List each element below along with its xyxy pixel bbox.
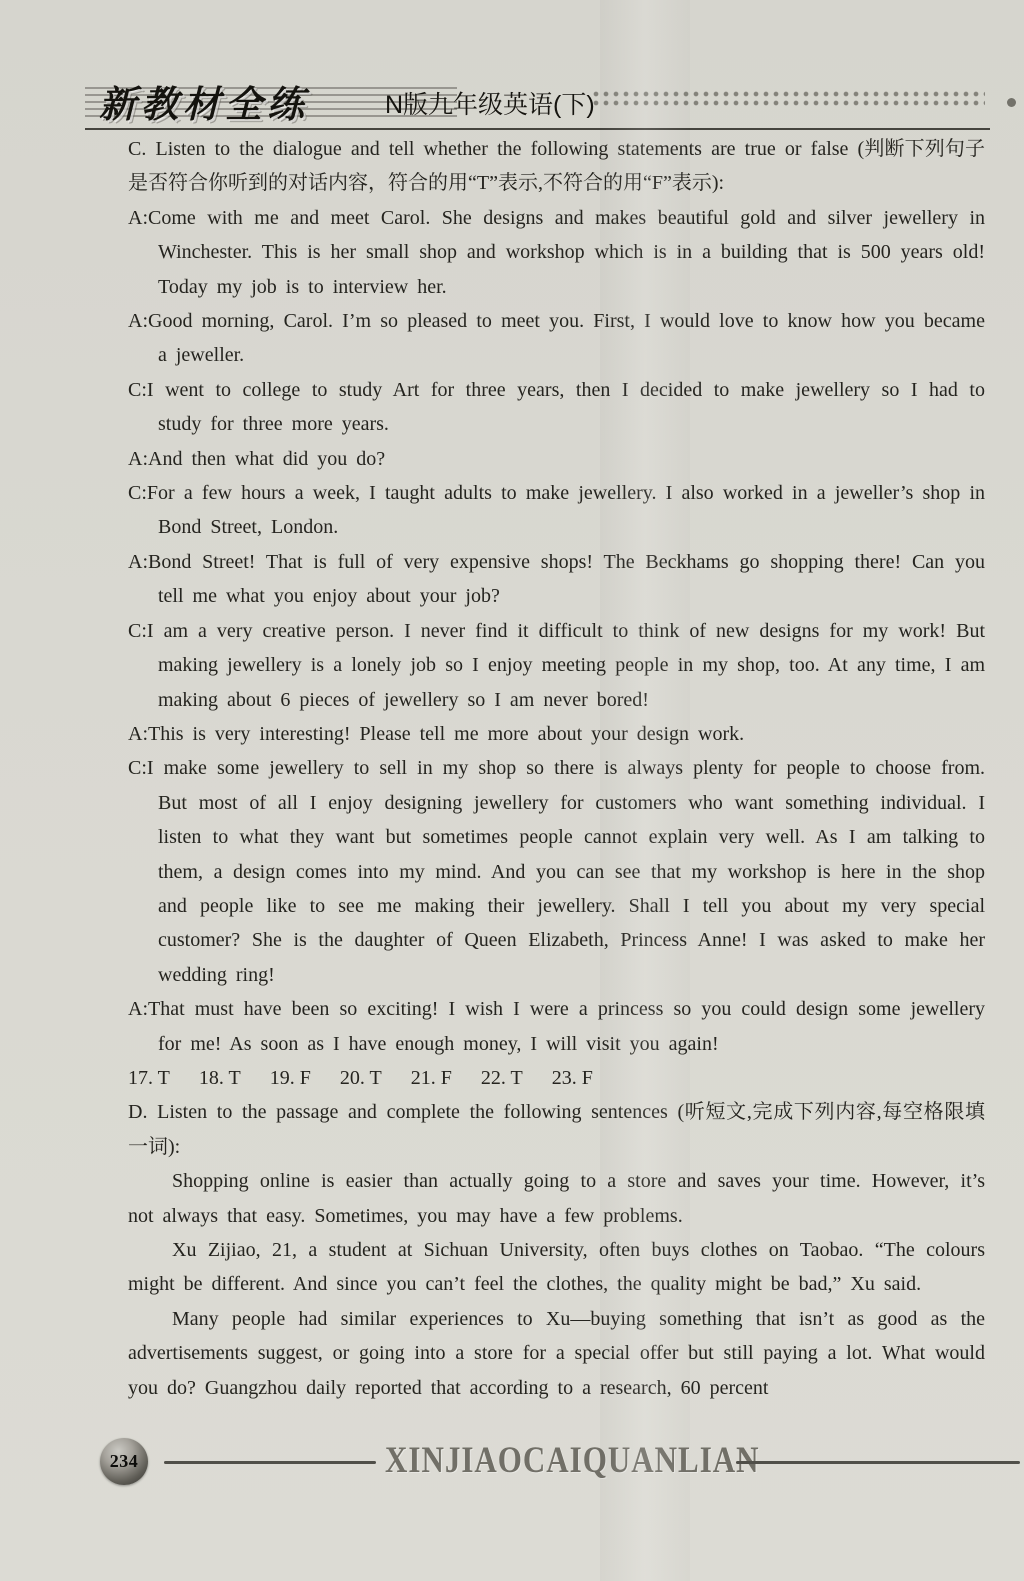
header-dots-decoration [593, 91, 985, 109]
speaker-label: A: [128, 310, 148, 332]
section-d-heading: D. Listen to the passage and complete th… [128, 1095, 985, 1164]
dialogue-text: That must have been so exciting! I wish … [148, 998, 985, 1054]
dialogue-text: This is very interesting! Please tell me… [148, 723, 744, 745]
edition-title: N版九年级英语(下) [385, 85, 595, 121]
page: 新教材全练 N版九年级英语(下) C. Listen to the dialog… [0, 0, 1024, 1581]
dialogue-line: A:That must have been so exciting! I wis… [128, 992, 985, 1061]
dialogue-line: C:I went to college to study Art for thr… [128, 373, 985, 442]
answer-item: 22. T [481, 1061, 523, 1095]
dialogue-text: I went to college to study Art for three… [147, 379, 985, 435]
speaker-label: C: [128, 379, 147, 401]
page-number-badge: 234 [100, 1438, 148, 1485]
footer-rule-right [736, 1461, 1020, 1464]
answers-row: 17. T 18. T 19. F 20. T 21. F 22. T 23. … [128, 1061, 985, 1095]
speaker-label: C: [128, 620, 147, 642]
dialogue-text: Come with me and meet Carol. She designs… [148, 207, 985, 298]
passage-paragraph: Shopping online is easier than actually … [128, 1164, 985, 1233]
speaker-label: C: [128, 482, 147, 504]
answer-item: 21. F [411, 1061, 452, 1095]
answer-item: 18. T [199, 1061, 241, 1095]
footer-brand: XINJIAOCAIQUANLIAN [385, 1439, 760, 1481]
dialogue-text: I make some jewellery to sell in my shop… [147, 757, 985, 985]
section-c-heading: C. Listen to the dialogue and tell wheth… [128, 132, 985, 201]
speaker-label: A: [128, 551, 148, 573]
answer-item: 23. F [552, 1061, 593, 1095]
dialogue-text: Good morning, Carol. I’m so pleased to m… [148, 310, 985, 366]
dialogue-text: Bond Street! That is full of very expens… [148, 551, 985, 607]
dialogue-line: A:This is very interesting! Please tell … [128, 717, 985, 751]
dialogue-line: C:I am a very creative person. I never f… [128, 614, 985, 717]
speaker-label: A: [128, 723, 148, 745]
dialogue-text: For a few hours a week, I taught adults … [147, 482, 985, 538]
dialogue-line: A:Come with me and meet Carol. She desig… [128, 201, 985, 304]
speaker-label: A: [128, 207, 148, 229]
page-footer: 234 XINJIAOCAIQUANLIAN [100, 1436, 986, 1488]
dialogue-line: A:Bond Street! That is full of very expe… [128, 545, 985, 614]
dialogue-text: I am a very creative person. I never fin… [147, 620, 985, 711]
dialogue-line: A:And then what did you do? [128, 442, 985, 476]
passage-paragraph: Many people had similar experiences to X… [128, 1302, 985, 1405]
footer-rule-left [164, 1461, 376, 1464]
answer-item: 17. T [128, 1061, 170, 1095]
header-rule-end-dot [1007, 98, 1016, 107]
dialogue-line: A:Good morning, Carol. I’m so pleased to… [128, 304, 985, 373]
page-header: 新教材全练 N版九年级英语(下) [85, 80, 990, 130]
speaker-label: C: [128, 757, 147, 779]
dialogue-line: C:For a few hours a week, I taught adult… [128, 476, 985, 545]
page-body: C. Listen to the dialogue and tell wheth… [128, 132, 985, 1405]
speaker-label: A: [128, 998, 148, 1020]
brand-logo: 新教材全练 [99, 74, 309, 128]
answer-item: 19. F [270, 1061, 311, 1095]
speaker-label: A: [128, 448, 148, 470]
answer-item: 20. T [340, 1061, 382, 1095]
dialogue-line: C:I make some jewellery to sell in my sh… [128, 751, 985, 992]
dialogue-text: And then what did you do? [148, 448, 385, 470]
passage-paragraph: Xu Zijiao, 21, a student at Sichuan Univ… [128, 1233, 985, 1302]
page-number: 234 [110, 1451, 139, 1472]
